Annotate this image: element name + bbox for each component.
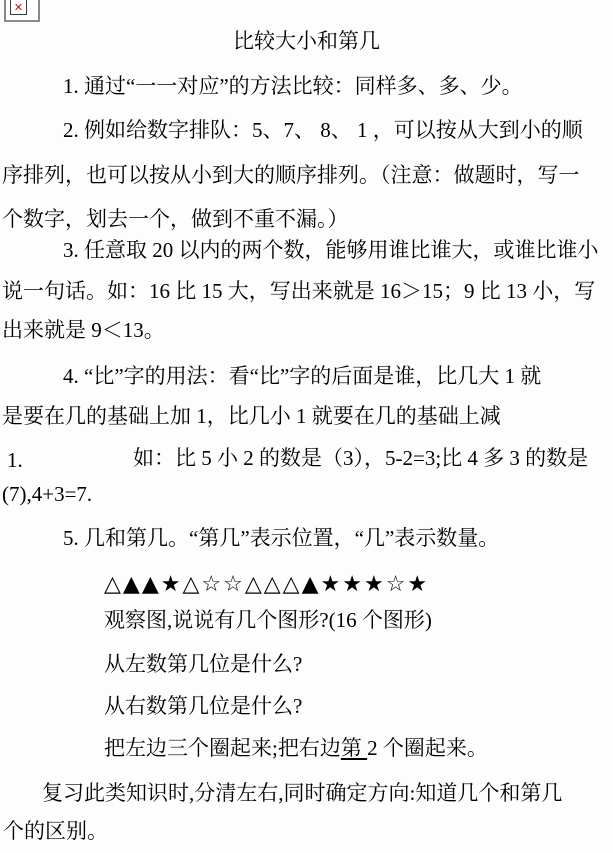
text-line: 说一句话。如：16 比 15 大，写出来就是 16＞15；9 比 13 小，写 — [2, 281, 595, 302]
text-segment: 4. “比”字的用法：看“比”字的后面是谁，比几大 1 就 — [63, 364, 541, 388]
text-segment: 2 个圈起来。 — [367, 736, 488, 760]
text-line: 是要在几的基础上加 1，比几小 1 就要在几的基础上减 — [2, 406, 501, 427]
text-line: 个的区别。 — [3, 821, 108, 842]
document-page: ✕ 比较大小和第几 1. 通过“一一对应”的方法比较：同样多、多、少。2. 例如… — [0, 0, 613, 853]
text-segment: 说一句话。如：16 比 15 大，写出来就是 16＞15；9 比 13 小，写 — [2, 279, 595, 303]
text-line: 1. — [7, 450, 23, 471]
text-segment: 如：比 5 小 2 的数是（3），5-2=3;比 4 多 3 的数是 — [133, 446, 588, 470]
underlined-text: 第 — [341, 736, 367, 760]
text-line: 从右数第几位是什么? — [104, 696, 302, 717]
text-line: 5. 几和第几。“第几”表示位置，“几”表示数量。 — [63, 528, 499, 549]
text-segment: 观察图,说说有几个图形?(16 个图形) — [104, 608, 432, 632]
text-segment: 个的区别。 — [3, 819, 108, 843]
text-segment: 5. 几和第几。“第几”表示位置，“几”表示数量。 — [63, 526, 499, 550]
text-segment: 从右数第几位是什么? — [104, 694, 302, 718]
text-segment: 出来就是 9＜13。 — [2, 318, 165, 342]
text-segment: 1. 通过“一一对应”的方法比较：同样多、多、少。 — [63, 74, 523, 98]
text-segment: △▲▲★△☆☆△△△▲★★★☆★ — [104, 572, 429, 597]
text-line: 从左数第几位是什么? — [104, 654, 302, 675]
text-segment: 是要在几的基础上加 1，比几小 1 就要在几的基础上减 — [2, 404, 501, 428]
text-segment: 3. 任意取 20 以内的两个数，能够用谁比谁大，或谁比谁小 — [63, 238, 599, 262]
text-segment: 把左边三个圈起来;把右边 — [104, 736, 341, 760]
text-line: 3. 任意取 20 以内的两个数，能够用谁比谁大，或谁比谁小 — [63, 240, 599, 261]
text-segment: 个数字，划去一个，做到不重不漏。） — [2, 207, 349, 231]
text-line: 序排列，也可以按从小到大的顺序排列。（注意：做题时，写一 — [2, 165, 580, 186]
text-line: 4. “比”字的用法：看“比”字的后面是谁，比几大 1 就 — [63, 366, 541, 387]
circle-task-line: 把左边三个圈起来;把右边第 2 个圈起来。 — [104, 738, 488, 759]
text-line: 复习此类知识时,分清左右,同时确定方向:知道几个和第几 — [42, 783, 562, 804]
text-line: 观察图,说说有几个图形?(16 个图形) — [104, 610, 432, 631]
text-line: 个数字，划去一个，做到不重不漏。） — [2, 209, 349, 230]
text-line: 2. 例如给数字排队：5、7、 8、 1 ，可以按从大到小的顺 — [63, 120, 583, 141]
text-segment: 1. — [7, 448, 23, 472]
text-line: 如：比 5 小 2 的数是（3），5-2=3;比 4 多 3 的数是 — [133, 448, 588, 469]
text-segment: 2. 例如给数字排队：5、7、 8、 1 ，可以按从大到小的顺 — [63, 118, 583, 142]
broken-image-x-icon: ✕ — [10, 0, 27, 15]
text-segment: 复习此类知识时,分清左右,同时确定方向:知道几个和第几 — [42, 781, 562, 805]
text-segment: 从左数第几位是什么? — [104, 652, 302, 676]
text-line: 出来就是 9＜13。 — [2, 320, 165, 341]
document-title: 比较大小和第几 — [0, 31, 613, 52]
broken-image-icon: ✕ — [4, 0, 40, 22]
text-segment: (7),4+3=7. — [2, 482, 92, 506]
text-line: 1. 通过“一一对应”的方法比较：同样多、多、少。 — [63, 76, 523, 97]
text-line: (7),4+3=7. — [2, 484, 92, 505]
shapes-row: △▲▲★△☆☆△△△▲★★★☆★ — [104, 574, 429, 596]
text-segment: 序排列，也可以按从小到大的顺序排列。（注意：做题时，写一 — [2, 163, 580, 187]
red-x-glyph: ✕ — [14, 1, 23, 14]
